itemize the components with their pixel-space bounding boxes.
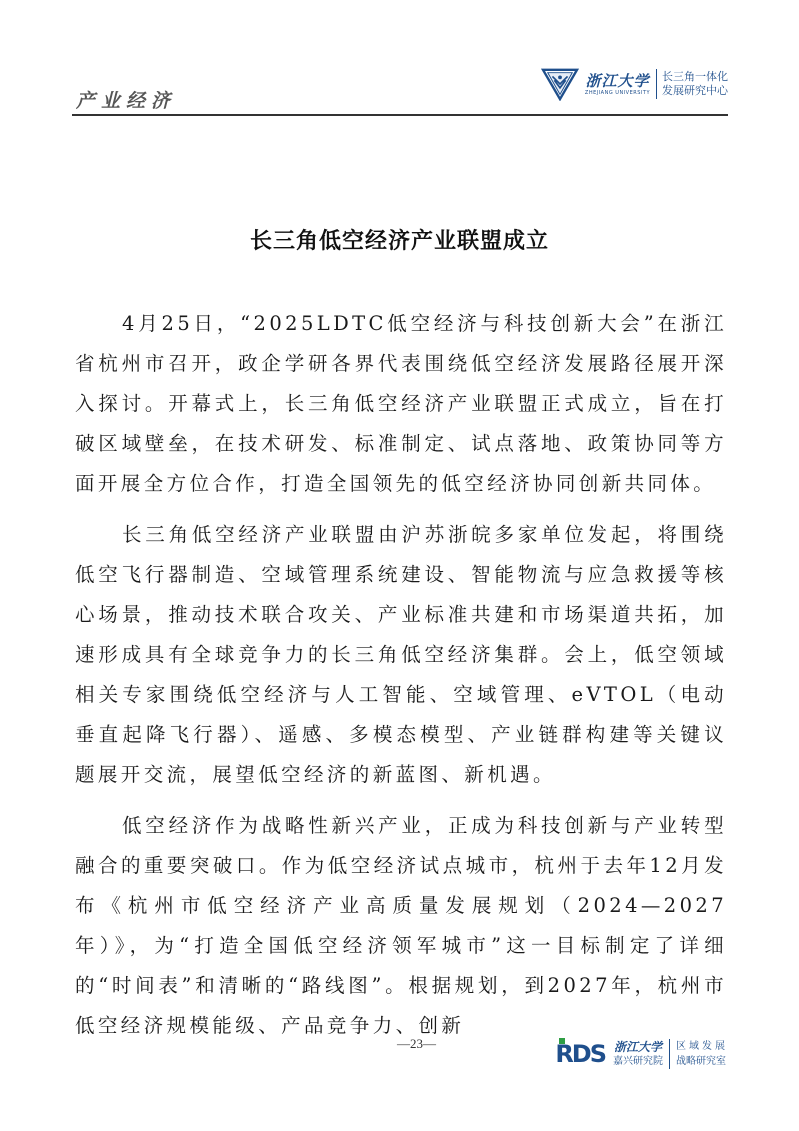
logo-divider [669, 1039, 670, 1069]
zju-logo: 浙江大学 ZHEJIANG UNIVERSITY 长三角一体化 发展研究中心 [541, 64, 728, 104]
research-center-line2: 发展研究中心 [662, 84, 728, 98]
zju-name-en: ZHEJIANG UNIVERSITY [585, 90, 650, 96]
page-footer: —23— RDS 浙江大学 嘉兴研究院 区域发展 战略研究室 [72, 1030, 728, 1080]
research-center-line1: 长三角一体化 [662, 70, 728, 84]
page-number: —23— [397, 1036, 436, 1052]
rds-institute: 浙江大学 嘉兴研究院 [613, 1040, 663, 1069]
paragraph: 低空经济作为战略性新兴产业，正成为科技创新与产业转型融合的重要突破口。作为低空经… [75, 806, 727, 1046]
rds-office-line2: 战略研究室 [676, 1054, 728, 1069]
rds-university-cn: 浙江大学 [614, 1040, 662, 1055]
section-label: 产业经济 [76, 86, 176, 113]
research-center-name: 长三角一体化 发展研究中心 [662, 70, 728, 98]
rds-institute-name: 嘉兴研究院 [613, 1055, 663, 1069]
zju-name: 浙江大学 ZHEJIANG UNIVERSITY [585, 72, 650, 96]
paragraph: 4月25日，“2025LDTC低空经济与科技创新大会”在浙江省杭州市召开，政企学… [75, 304, 727, 504]
article-title: 长三角低空经济产业联盟成立 [0, 224, 799, 255]
article-body: 4月25日，“2025LDTC低空经济与科技创新大会”在浙江省杭州市召开，政企学… [75, 304, 727, 1057]
logo-divider [656, 69, 657, 99]
zju-name-cn: 浙江大学 [585, 72, 649, 90]
rds-mark-text: RDS [555, 1040, 605, 1068]
zju-emblem-icon [541, 67, 579, 101]
paragraph: 长三角低空经济产业联盟由沪苏浙皖多家单位发起，将围绕低空飞行器制造、空域管理系统… [75, 515, 727, 795]
rds-logo: RDS 浙江大学 嘉兴研究院 区域发展 战略研究室 [555, 1034, 728, 1074]
rds-mark-icon: RDS [555, 1040, 605, 1068]
header-rule [72, 114, 728, 116]
rds-office-name: 区域发展 战略研究室 [676, 1039, 728, 1069]
rds-dot [559, 1038, 565, 1044]
page-header: 产业经济 浙江大学 ZHEJIANG UNIVERSITY 长三角一体化 发展研… [72, 62, 728, 118]
rds-office-line1: 区域发展 [676, 1039, 728, 1054]
